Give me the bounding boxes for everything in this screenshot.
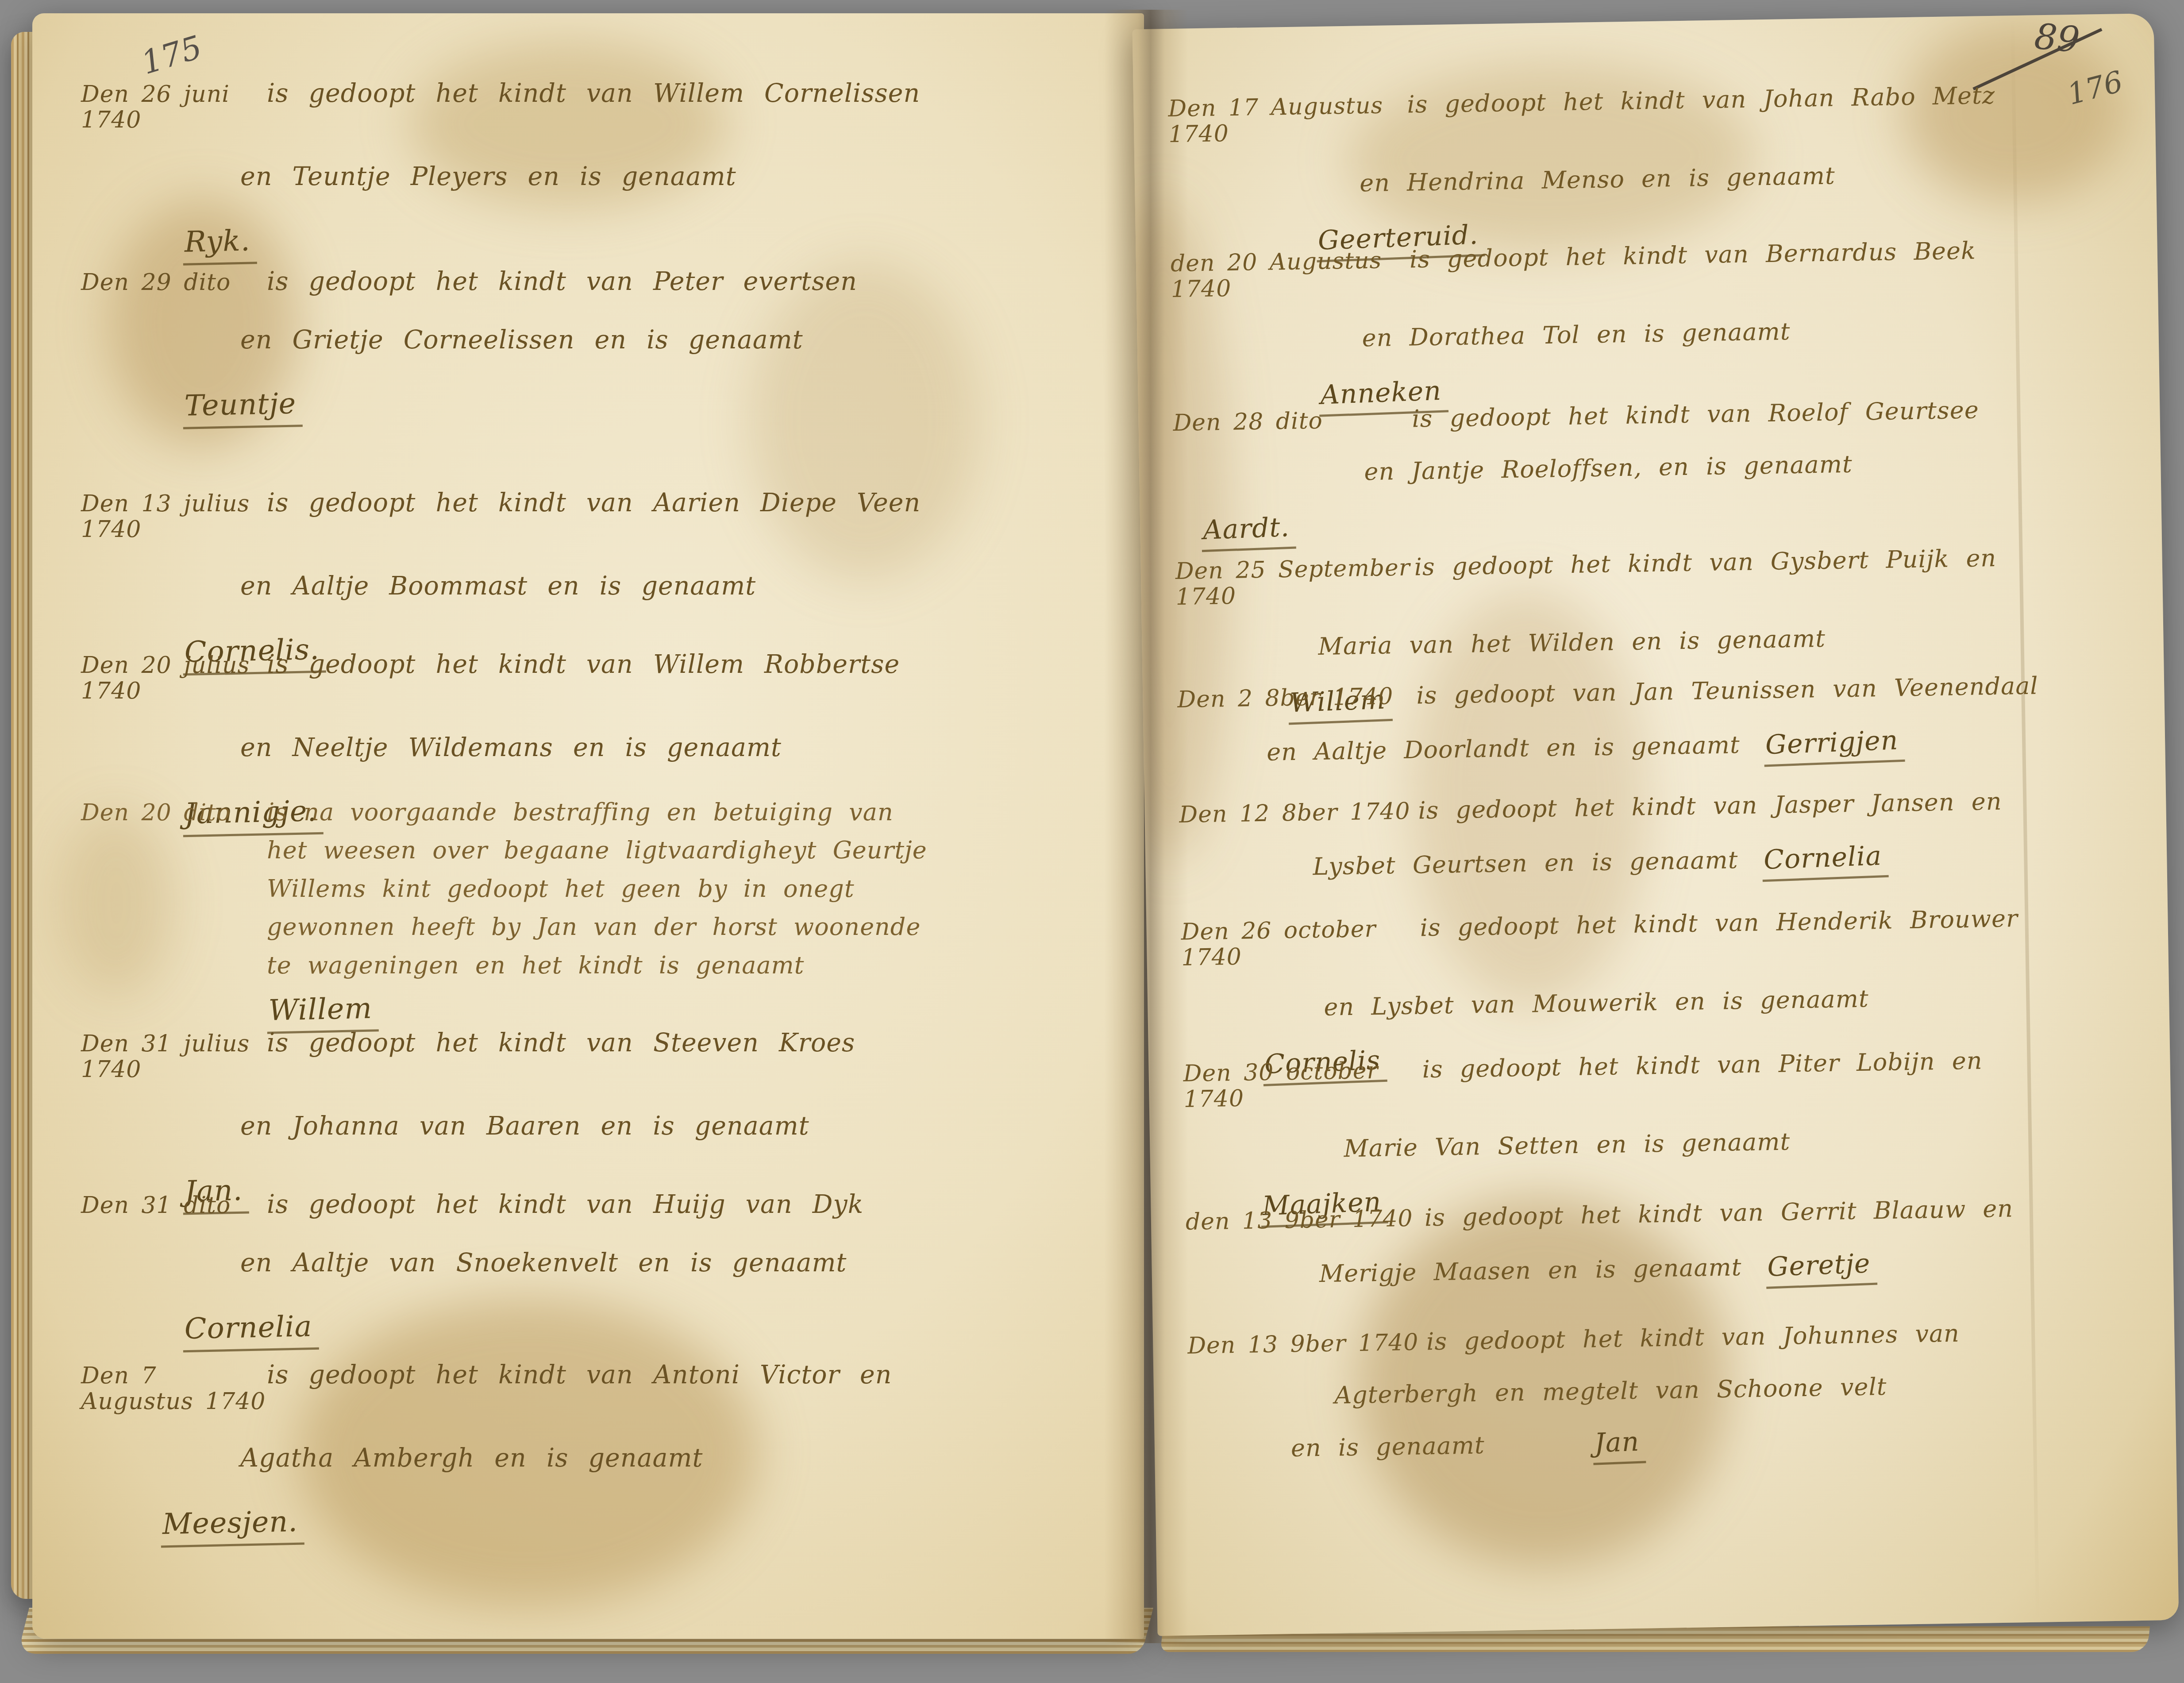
entry-text: en is genaamt — [1291, 1432, 1485, 1462]
entry-text: en Aaltje Boommast en is genaamt — [240, 571, 756, 601]
entry-text: is gedoopt het kindt van Henderik Brouwe… — [1420, 905, 2018, 942]
entry-line: Den 26 october 1740 is gedoopt het kindt… — [1181, 903, 2144, 971]
entry-text: en Lysbet van Mouwerik en is genaamt — [1324, 985, 1869, 1021]
entry-text: en Teuntje Pleyers en is genaamt — [240, 162, 736, 191]
entry-line: en Grietje Corneelissen en is genaamt — [240, 326, 1116, 355]
entry-line: Marie Van Setten en is genaamt — [1344, 1123, 2147, 1162]
baptism-entry: Den 7 Augustus 1740 is gedoopt het kindt… — [81, 1361, 1116, 1546]
entry-line: Ryk. — [183, 226, 1116, 265]
entry-line: gewonnen heeft by Jan van der horst woon… — [267, 914, 1116, 940]
entry-date: Den 30 october 1740 — [1183, 1057, 1423, 1112]
entry-date: Den 31 julius 1740 — [81, 1031, 267, 1082]
entry-date: Den 26 october 1740 — [1181, 915, 1421, 971]
entry-line: Den 13 julius 1740 is gedoopt het kindt … — [81, 489, 1116, 542]
entry-line: Den 26 juni 1740 is gedoopt het kindt va… — [81, 80, 1116, 133]
baptism-entry: Den 20 dito is na voorgaande bestraffing… — [81, 799, 1116, 1033]
entry-line: Den 20 julius 1740 is gedoopt het kindt … — [81, 651, 1116, 704]
baptism-entry: Den 13 9ber 1740 is gedoopt het kindt va… — [1187, 1317, 2152, 1471]
entry-text: Merigje Maasen en is genaamt — [1319, 1255, 1742, 1288]
baptism-entry: Den 31 dito is gedoopt het kindt van Hui… — [81, 1191, 1116, 1351]
entry-text: Agatha Ambergh en is genaamt — [240, 1444, 703, 1473]
baptism-entry: Den 17 Augustus 1740 is gedoopt het kind… — [1168, 80, 2133, 263]
entry-line: Den 12 8ber 1740 is gedoopt het kindt va… — [1179, 786, 2142, 828]
entry-line: Merigje Maasen en is genaamt Geretje — [1319, 1246, 2149, 1295]
baptism-entry: den 20 Augustus 1740 is gedoopt het kind… — [1170, 235, 2135, 418]
entry-text: is gedoopt het kindt van Aarien Diepe Ve… — [267, 489, 921, 517]
entry-text: en Hendrina Menso en is genaamt — [1360, 162, 1835, 197]
entry-date: Den 26 juni 1740 — [81, 81, 267, 133]
child-name: Cornelia — [182, 1310, 319, 1352]
entry-text: te wageningen en het kindt is genaamt — [267, 951, 805, 979]
entry-date: Den 2 8ber 1740 — [1177, 683, 1417, 713]
entry-line: Aardt. — [1201, 500, 2137, 551]
entry-date: Den 17 Augustus 1740 — [1168, 93, 1408, 148]
entry-date: Den 12 8ber 1740 — [1179, 798, 1418, 828]
entry-text: is gedoopt het kindt van Johunnes van — [1426, 1320, 1960, 1355]
entry-text: Lysbet Geurtsen en is genaamt — [1313, 847, 1738, 881]
entry-line: Lysbet Geurtsen en is genaamt Cornelia — [1313, 838, 2142, 888]
entry-text: en Aaltje van Snoekenvelt en is genaamt — [240, 1248, 847, 1278]
entry-date: Den 20 dito — [81, 800, 267, 826]
entry-line: Den 17 Augustus 1740 is gedoopt het kind… — [1168, 80, 2131, 148]
entry-text: is gedoopt het kindt van Johan Rabo Metz — [1407, 82, 1995, 118]
entry-date: den 13 9ber 1740 — [1186, 1205, 1425, 1235]
right-page-entries: Den 17 Augustus 1740 is gedoopt het kind… — [1132, 13, 2179, 1636]
entry-date: Den 28 dito — [1173, 407, 1412, 436]
entry-date: den 20 Augustus 1740 — [1171, 247, 1410, 303]
entry-text: Marie Van Setten en is genaamt — [1344, 1128, 1791, 1163]
child-name: Gerrigjen — [1763, 726, 1905, 767]
entry-text: en Grietje Corneelissen en is genaamt — [240, 325, 803, 355]
entry-text: Willems kint gedoopt het geen by in oneg… — [267, 875, 855, 903]
entry-text: en Aaltje Doorlandt en is genaamt — [1267, 732, 1740, 766]
entry-date: Den 13 julius 1740 — [81, 491, 267, 542]
baptism-entry: Den 26 juni 1740 is gedoopt het kindt va… — [81, 80, 1116, 265]
child-name: Geretje — [1765, 1249, 1877, 1289]
entry-line: Den 31 dito is gedoopt het kindt van Hui… — [81, 1191, 1116, 1219]
entry-line: Den 20 dito is na voorgaande bestraffing… — [81, 799, 1116, 826]
entry-line: en Lysbet van Mouwerik en is genaamt — [1324, 981, 2145, 1021]
child-name: Jan — [1592, 1427, 1646, 1465]
entry-line: Den 31 julius 1740 is gedoopt het kindt … — [81, 1029, 1116, 1082]
entry-line: Agatha Ambergh en is genaamt — [240, 1444, 1116, 1473]
entry-text: en Johanna van Baaren en is genaamt — [240, 1112, 809, 1141]
entry-line: Maria van het Wilden en is genaamt — [1318, 621, 2139, 660]
open-book: 175 Den 26 juni 1740 is gedoopt het kind… — [11, 5, 2171, 1661]
entry-line: Willems kint gedoopt het geen by in oneg… — [267, 876, 1116, 902]
entry-text: Agterbergh en megtelt van Schoone velt — [1334, 1373, 1887, 1409]
baptism-entry: Den 28 dito is gedoopt het kindt van Roe… — [1173, 394, 2137, 552]
entry-line: en Neeltje Wildemans en is genaamt — [240, 734, 1116, 762]
right-page: 89 176 Den 17 Augustus 1740 is gedoopt h… — [1132, 13, 2179, 1636]
left-page: 175 Den 26 juni 1740 is gedoopt het kind… — [32, 13, 1144, 1639]
entry-text: het weesen over begaane ligtvaardigheyt … — [267, 836, 927, 864]
entry-text: en Jantje Roeloffsen, en is genaamt — [1364, 450, 1853, 486]
child-name: Meesjen. — [160, 1506, 304, 1548]
entry-line: en is genaamt Jan — [1290, 1420, 2151, 1470]
manuscript-scan: 175 Den 26 juni 1740 is gedoopt het kind… — [0, 0, 2184, 1683]
child-name: Ryk. — [182, 225, 257, 266]
entry-line: en Johanna van Baaren en is genaamt — [240, 1112, 1116, 1141]
child-name: Willem — [266, 993, 379, 1034]
entry-text: is gedoopt het kindt van Willem Robberts… — [267, 651, 900, 679]
baptism-entry: Den 29 dito is gedoopt het kindt van Pet… — [81, 268, 1116, 428]
baptism-entry: Den 31 julius 1740 is gedoopt het kindt … — [81, 1029, 1116, 1214]
baptism-entry: Den 13 julius 1740 is gedoopt het kindt … — [81, 489, 1116, 674]
entry-text: is gedoopt het kindt van Antoni Victor e… — [267, 1361, 892, 1390]
child-name: Teuntje — [182, 388, 303, 429]
entry-text: gewonnen heeft by Jan van der horst woon… — [267, 913, 921, 941]
entry-line: Den 13 9ber 1740 is gedoopt het kindt va… — [1187, 1317, 2150, 1359]
entry-line: en Jantje Roeloffsen, en is genaamt — [1364, 447, 2136, 486]
entry-line: en Hendrina Menso en is genaamt — [1360, 158, 2132, 197]
entry-line: het weesen over begaane ligtvaardigheyt … — [267, 837, 1116, 864]
entry-text: is gedoopt het kindt van Jasper Jansen e… — [1418, 788, 2002, 824]
entry-text: is gedoopt het kindt van Peter evertsen — [267, 268, 857, 296]
entry-date: Den 7 Augustus 1740 — [81, 1363, 267, 1414]
entry-line: Willem — [267, 994, 1116, 1033]
entry-line: Den 25 September 1740 is gedoopt het kin… — [1175, 543, 2138, 610]
entry-line: Den 7 Augustus 1740 is gedoopt het kindt… — [81, 1361, 1116, 1414]
entry-date: Den 13 9ber 1740 — [1187, 1329, 1427, 1359]
entry-date: Den 31 dito — [81, 1193, 267, 1218]
entry-line: Agterbergh en megtelt van Schoone velt — [1334, 1370, 2151, 1409]
entry-date: Den 20 julius 1740 — [81, 652, 267, 704]
entry-line: en Dorathea Tol en is genaamt — [1362, 313, 2134, 352]
entry-line: en Teuntje Pleyers en is genaamt — [240, 163, 1116, 191]
child-name: Aardt. — [1201, 512, 1296, 552]
entry-line: Cornelia — [183, 1312, 1116, 1351]
entry-text: is gedoopt het kindt van Willem Cornelis… — [267, 80, 920, 108]
entry-line: te wageningen en het kindt is genaamt — [267, 952, 1116, 979]
baptism-entry: den 13 9ber 1740 is gedoopt het kindt va… — [1185, 1193, 2149, 1297]
left-page-entries: Den 26 juni 1740 is gedoopt het kindt va… — [32, 13, 1144, 1639]
entry-text: is gedoopt het kindt van Huijg van Dyk — [267, 1191, 863, 1219]
entry-text: en Neeltje Wildemans en is genaamt — [240, 733, 782, 762]
entry-text: is gedoopt het kindt van Steeven Kroes — [267, 1029, 855, 1058]
child-name: Cornelia — [1761, 841, 1889, 882]
entry-line: en Aaltje Boommast en is genaamt — [240, 572, 1116, 601]
entry-line: Meesjen. — [161, 1507, 1116, 1546]
entry-text: en Dorathea Tol en is genaamt — [1362, 318, 1791, 352]
entry-line: en Aaltje Doorlandt en is genaamt Gerrig… — [1267, 723, 2141, 773]
entry-line: Den 29 dito is gedoopt het kindt van Pet… — [81, 268, 1116, 296]
entry-text: is na voorgaande bestraffing en betuigin… — [267, 799, 894, 826]
entry-line: Teuntje — [183, 389, 1116, 428]
entry-text: Maria van het Wilden en is genaamt — [1318, 625, 1826, 660]
entry-date: Den 29 dito — [81, 270, 267, 295]
baptism-entry: Den 12 8ber 1740 is gedoopt het kindt va… — [1179, 786, 2142, 890]
entry-line: en Aaltje van Snoekenvelt en is genaamt — [240, 1249, 1116, 1278]
entry-date: Den 25 September 1740 — [1175, 555, 1415, 610]
entry-text: is gedoopt het kindt van Gysbert Puijk e… — [1414, 545, 1996, 581]
baptism-entry: Den 2 8ber 1740 is gedoopt van Jan Teuni… — [1177, 671, 2141, 775]
